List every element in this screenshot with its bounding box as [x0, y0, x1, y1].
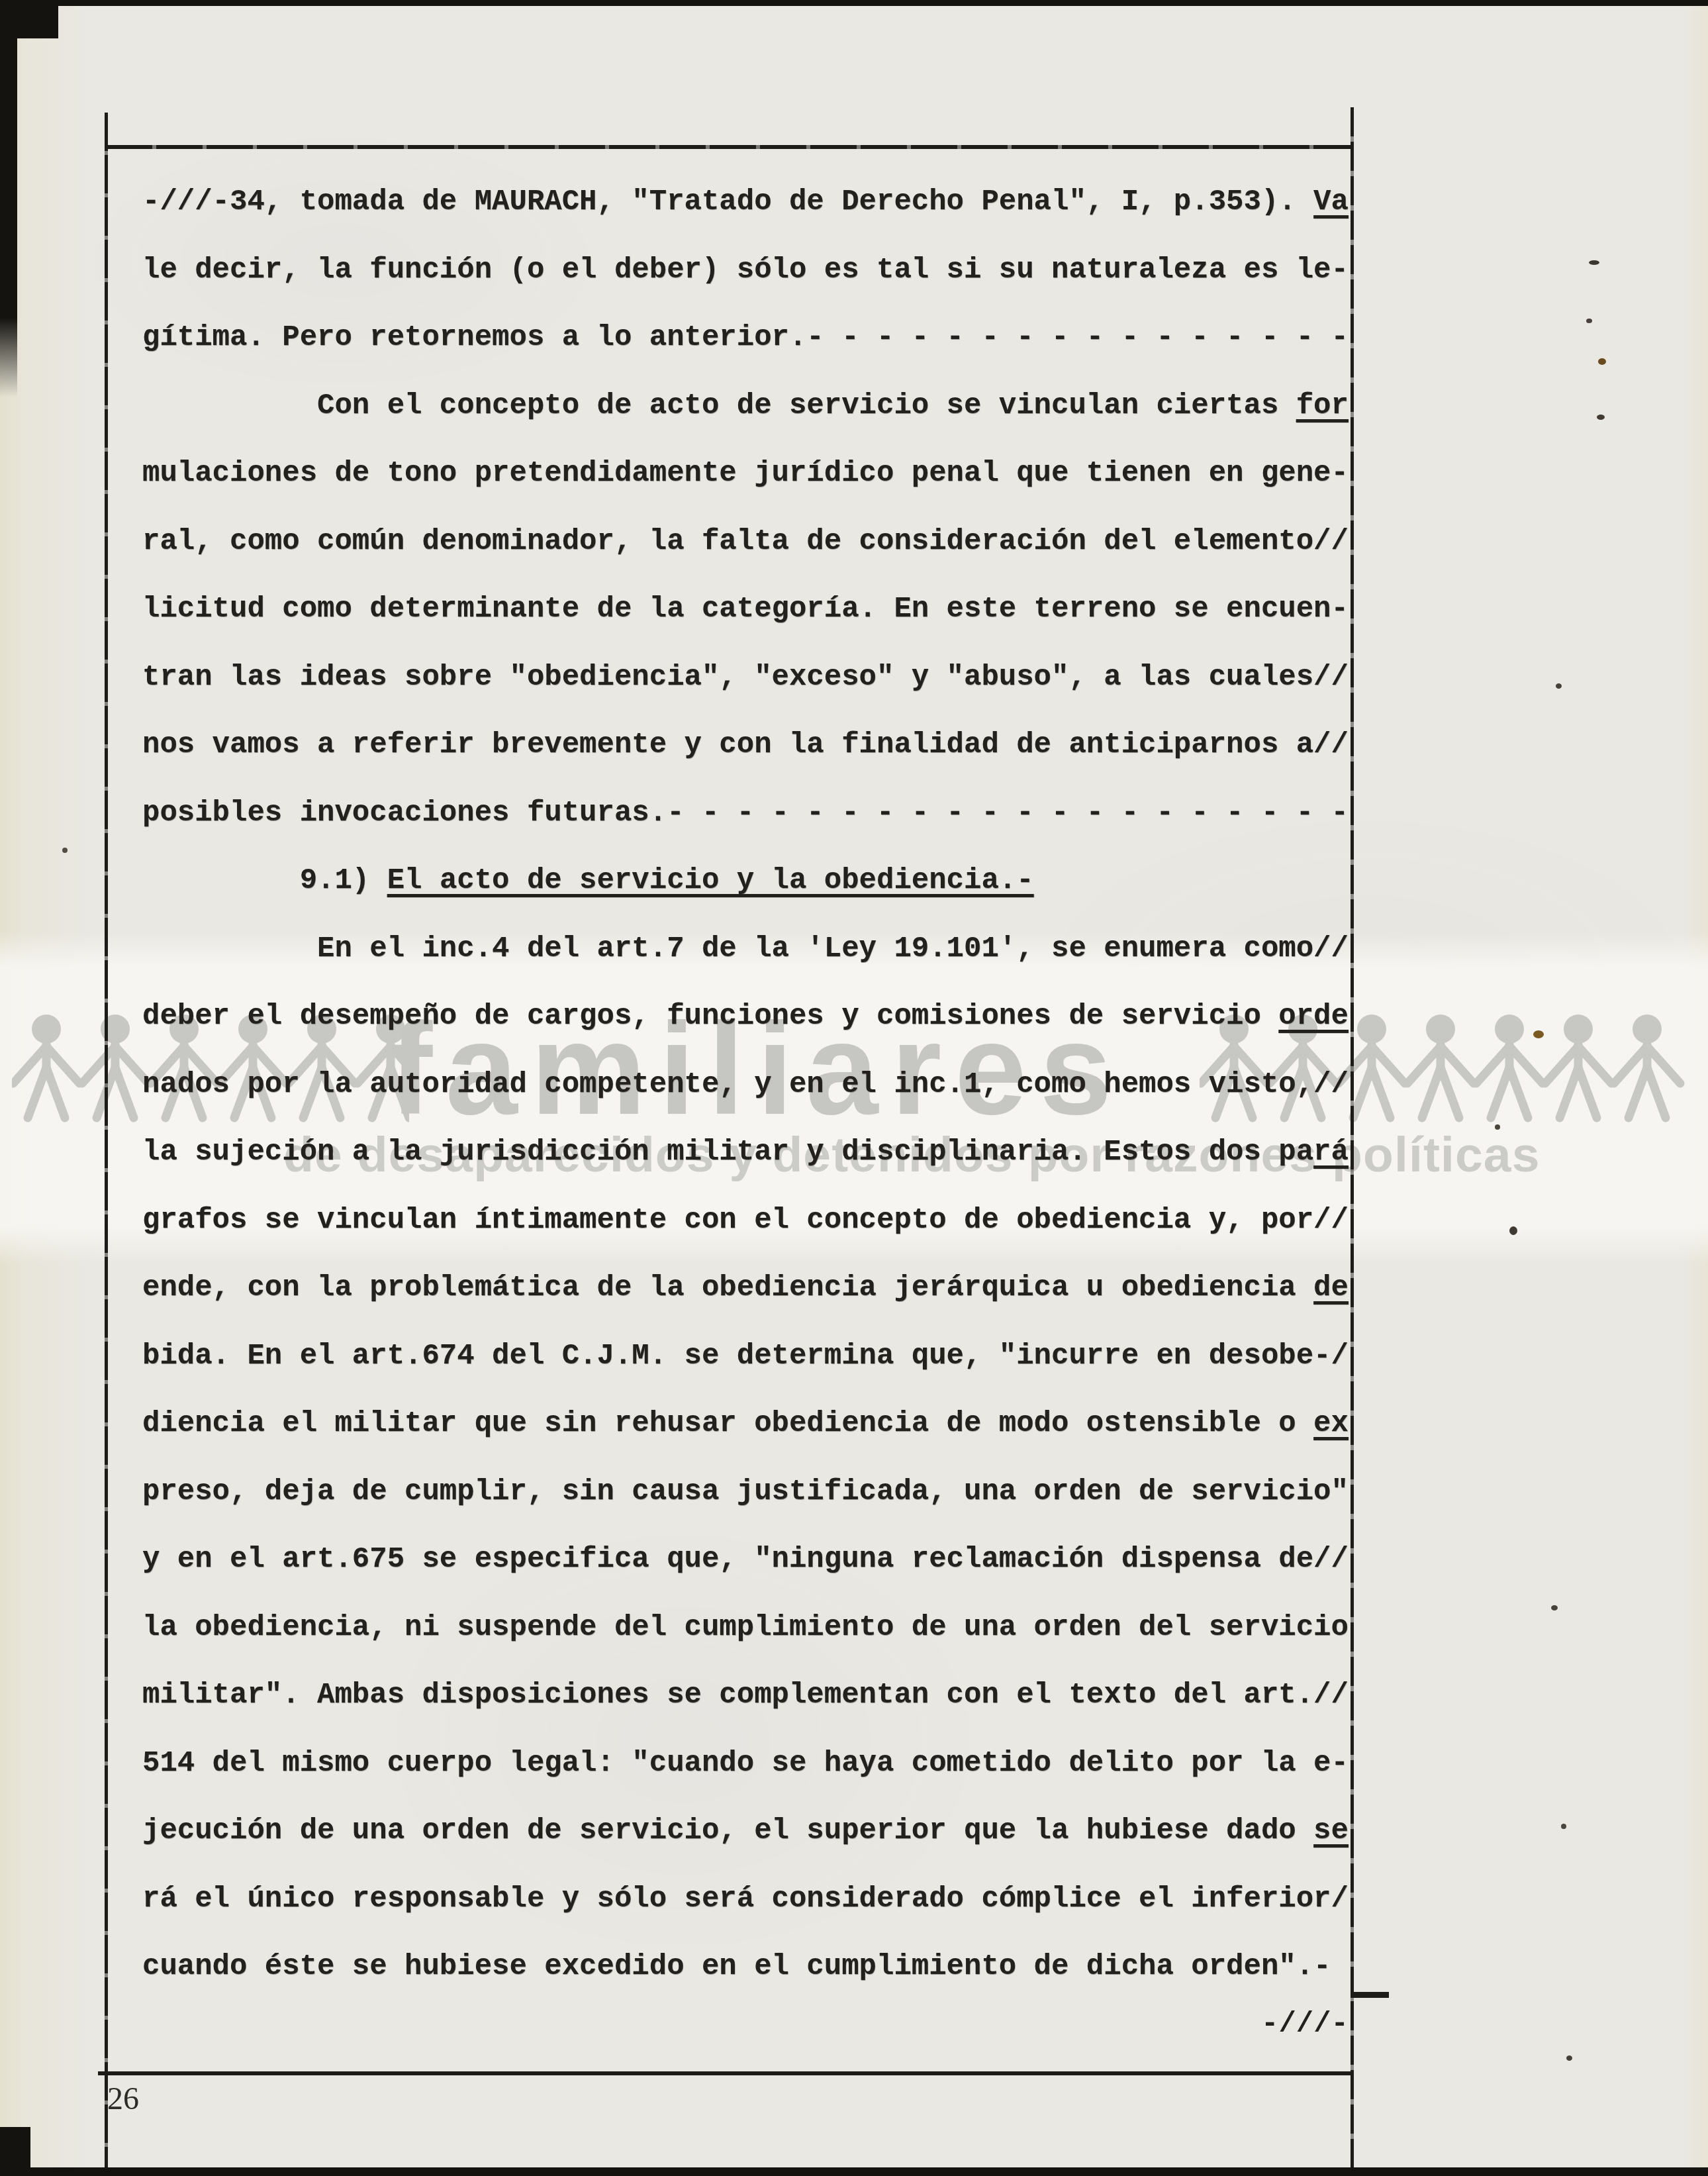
- underlined-text: for: [1296, 389, 1349, 422]
- typescript-line: y en el art.675 se especifica que, "ning…: [142, 1543, 1349, 1576]
- typescript-line: diencia el militar que sin rehusar obedi…: [142, 1407, 1349, 1440]
- line-text: 514 del mismo cuerpo legal: "cuando se h…: [142, 1747, 1349, 1780]
- typescript-line: rá el único responsable y sólo será cons…: [142, 1883, 1349, 1916]
- scan-corner-bottom-left: [0, 2127, 30, 2176]
- typescript-line: -///-34, tomada de MAURACH, "Tratado de …: [142, 185, 1349, 219]
- underlined-text: de: [1313, 1271, 1349, 1305]
- paper-speck: [1566, 2055, 1572, 2061]
- line-text: grafos se vinculan íntimamente con el co…: [142, 1204, 1349, 1237]
- line-text: nados por la autoridad competente, y en …: [142, 1068, 1349, 1101]
- typescript-line: En el inc.4 del art.7 de la 'Ley 19.101'…: [142, 932, 1349, 965]
- typescript-line: jecución de una orden de servicio, el su…: [142, 1814, 1349, 1848]
- typescript-line: grafos se vinculan íntimamente con el co…: [142, 1204, 1349, 1237]
- line-text: En el inc.4 del art.7 de la 'Ley 19.101'…: [142, 932, 1349, 965]
- paper-speck: [1598, 358, 1606, 365]
- line-text: -///-34, tomada de MAURACH, "Tratado de …: [142, 185, 1313, 219]
- line-text: Con el concepto de acto de servicio se v…: [142, 389, 1296, 422]
- line-text: cuando éste se hubiese excedido en el cu…: [142, 1950, 1331, 1983]
- typescript-line: preso, deja de cumplir, sin causa justif…: [142, 1475, 1349, 1508]
- typescript-line: 9.1) El acto de servicio y la obediencia…: [142, 864, 1034, 897]
- paper-speck: [1589, 260, 1599, 265]
- underlined-text: orde: [1278, 1000, 1349, 1033]
- typescript-body: -///-34, tomada de MAURACH, "Tratado de …: [0, 0, 1708, 2176]
- typescript-line: nos vamos a referir brevemente y con la …: [142, 728, 1349, 762]
- typescript-line: cuando éste se hubiese excedido en el cu…: [142, 1950, 1331, 1983]
- typescript-line: gítima. Pero retornemos a lo anterior.- …: [142, 321, 1349, 354]
- scan-corner-top-left: [0, 0, 58, 38]
- line-text: rá el único responsable y sólo será cons…: [142, 1883, 1349, 1916]
- typescript-line: deber el desempeño de cargos, funciones …: [142, 1000, 1349, 1033]
- scan-edge-bottom: [0, 2167, 1708, 2176]
- typescript-line: nados por la autoridad competente, y en …: [142, 1068, 1349, 1101]
- line-text: tran las ideas sobre "obediencia", "exce…: [142, 661, 1349, 694]
- paper-speck: [1597, 415, 1605, 420]
- paper-speck: [1495, 1124, 1500, 1130]
- line-text: la sujeción a la jurisdicción militar y …: [142, 1136, 1313, 1169]
- continuation-mark: -///-: [1261, 2008, 1349, 2041]
- line-text: deber el desempeño de cargos, funciones …: [142, 1000, 1278, 1033]
- line-text: jecución de una orden de servicio, el su…: [142, 1814, 1313, 1848]
- line-text: 9.1): [142, 864, 387, 897]
- typescript-line: la obediencia, ni suspende del cumplimie…: [142, 1611, 1349, 1644]
- underlined-text: El acto de servicio y la obediencia.-: [387, 864, 1034, 897]
- paper-speck: [1556, 683, 1562, 689]
- line-text: preso, deja de cumplir, sin causa justif…: [142, 1475, 1349, 1508]
- scanned-document-page: { "watermark": { "title": "familiares", …: [0, 0, 1708, 2176]
- typescript-line: ral, como común denominador, la falta de…: [142, 525, 1349, 558]
- line-text: le decir, la función (o el deber) sólo e…: [142, 254, 1349, 287]
- line-text: militar". Ambas disposiciones se complem…: [142, 1679, 1349, 1712]
- typescript-line: militar". Ambas disposiciones se complem…: [142, 1679, 1349, 1712]
- typescript-line: mulaciones de tono pretendidamente juríd…: [142, 457, 1349, 490]
- paper-speck: [1551, 1605, 1558, 1610]
- line-text: ende, con la problemática de la obedienc…: [142, 1271, 1313, 1305]
- scan-edge-top: [0, 0, 1708, 6]
- scan-edge-left: [0, 0, 17, 397]
- line-text: diencia el militar que sin rehusar obedi…: [142, 1407, 1313, 1440]
- line-text: la obediencia, ni suspende del cumplimie…: [142, 1611, 1349, 1644]
- underlined-text: se: [1313, 1814, 1349, 1848]
- line-text: mulaciones de tono pretendidamente juríd…: [142, 457, 1349, 490]
- line-text: nos vamos a referir brevemente y con la …: [142, 728, 1349, 762]
- underlined-text: Va: [1313, 185, 1349, 219]
- page-number: 26: [107, 2081, 139, 2117]
- paper-speck: [1533, 1030, 1544, 1038]
- line-text: ral, como común denominador, la falta de…: [142, 525, 1349, 558]
- typescript-line: le decir, la función (o el deber) sólo e…: [142, 254, 1349, 287]
- underlined-text: ex: [1313, 1407, 1349, 1440]
- paper-speck: [62, 848, 68, 853]
- typescript-line: ende, con la problemática de la obedienc…: [142, 1271, 1349, 1305]
- typescript-line: Con el concepto de acto de servicio se v…: [142, 389, 1349, 422]
- typescript-line: bida. En el art.674 del C.J.M. se determ…: [142, 1340, 1349, 1373]
- line-text: posibles invocaciones futuras.- - - - - …: [142, 797, 1349, 830]
- paper-speck: [1561, 1824, 1566, 1829]
- line-text: bida. En el art.674 del C.J.M. se determ…: [142, 1340, 1349, 1373]
- line-text: licitud como determinante de la categorí…: [142, 593, 1349, 626]
- typescript-line: 514 del mismo cuerpo legal: "cuando se h…: [142, 1747, 1349, 1780]
- paper-speck: [1509, 1226, 1517, 1235]
- typescript-line: tran las ideas sobre "obediencia", "exce…: [142, 661, 1349, 694]
- typescript-line: posibles invocaciones futuras.- - - - - …: [142, 797, 1349, 830]
- typescript-line: licitud como determinante de la categorí…: [142, 593, 1349, 626]
- paper-speck: [1586, 319, 1592, 323]
- typescript-line: la sujeción a la jurisdicción militar y …: [142, 1136, 1349, 1169]
- line-text: gítima. Pero retornemos a lo anterior.- …: [142, 321, 1349, 354]
- line-text: y en el art.675 se especifica que, "ning…: [142, 1543, 1349, 1576]
- underlined-text: rá: [1313, 1136, 1349, 1169]
